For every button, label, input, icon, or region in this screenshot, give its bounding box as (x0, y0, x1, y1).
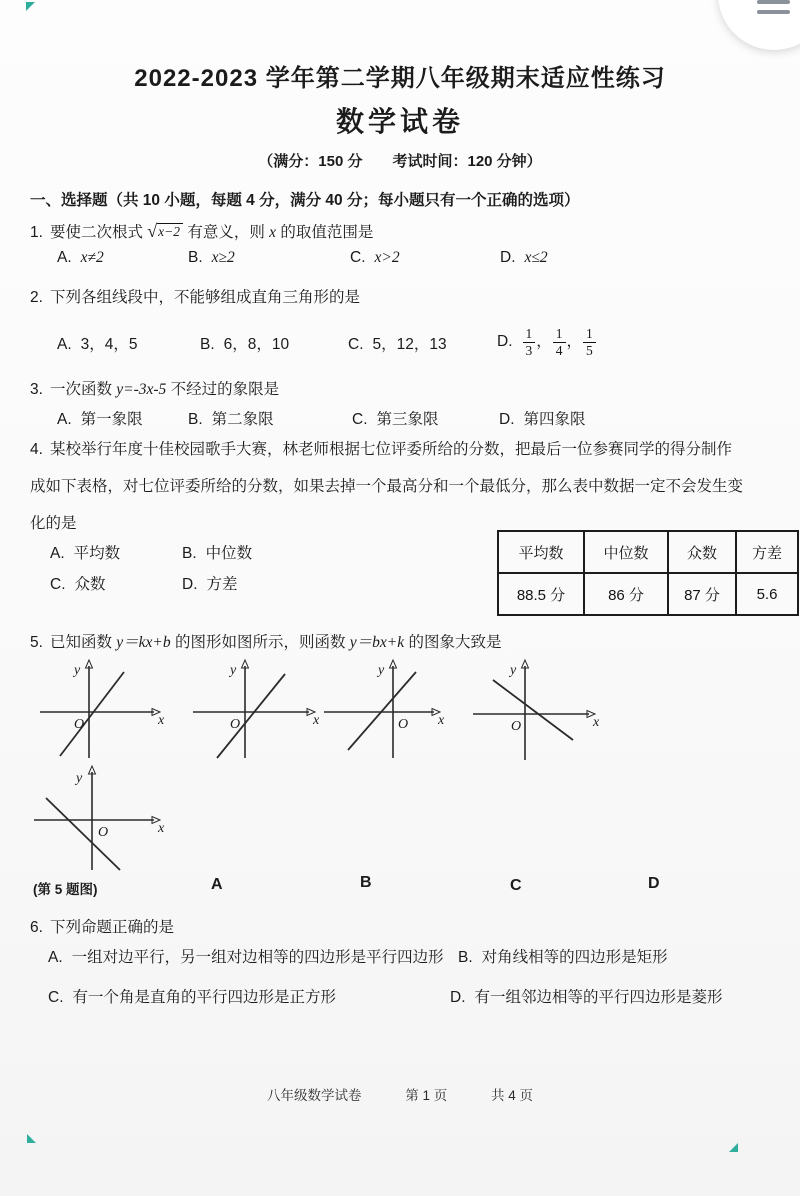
q3-option-b: B.第二象限 (188, 407, 274, 429)
x-axis-label: x (592, 715, 600, 730)
exam-title: 2022-2023 学年第二学期八年级期末适应性练习 (0, 58, 800, 93)
q6-option-b: B.对角线相等的四边形是矩形 (458, 945, 668, 967)
question-6-stem: 6.下列命题正确的是 (30, 915, 174, 937)
x-axis-label: x (437, 713, 445, 728)
y-axis-label: y (508, 663, 517, 678)
q5-option-letter-b: B (360, 874, 372, 892)
table-value-cell: 88.5 分 (498, 573, 584, 615)
q5-graph-option-d: y x O (465, 658, 600, 763)
q3-option-c: C.第三象限 (352, 407, 439, 429)
y-axis-label: y (228, 663, 237, 678)
table-header-cell: 方差 (736, 531, 798, 573)
origin-label: O (98, 825, 108, 840)
y-axis-label: y (72, 663, 81, 678)
question-4-stem-line1: 4.某校举行年度十佳校园歌手大赛，林老师根据七位评委所给的分数，把最后一位参赛同… (30, 437, 732, 459)
q3-option-a: A.第一象限 (57, 407, 143, 429)
scan-corner-mark (26, 2, 35, 11)
q5-given-figure: y x O (28, 762, 168, 874)
y-axis-label: y (74, 771, 83, 786)
q2-option-c: C.5，12，13 (348, 332, 447, 354)
scan-corner-mark (729, 1143, 738, 1152)
q5-option-letter-a: A (211, 876, 223, 894)
q2-option-a: A.3，4，5 (57, 332, 138, 354)
question-number: 2. (30, 289, 43, 306)
section-title: 一、选择题（共 10 小题，每题 4 分，满分 40 分；每小题只有一个正确的选… (30, 188, 579, 210)
exam-info-line: （满分：150 分 考试时间：120 分钟） (0, 150, 800, 171)
question-number: 3. (30, 381, 43, 398)
y-axis-label: y (376, 663, 385, 678)
fraction: 13 (523, 326, 536, 358)
fraction: 14 (553, 326, 566, 358)
sqrt-radical-icon: √ (147, 221, 157, 241)
q6-option-d: D.有一组邻边相等的平行四边形是菱形 (450, 985, 723, 1007)
table-header-row: 平均数 中位数 众数 方差 (498, 531, 798, 573)
q5-figure-caption: (第 5 题图) (33, 878, 98, 898)
question-number: 1. (30, 224, 43, 241)
question-2-stem: 2.下列各组线段中，不能够组成直角三角形的是 (30, 285, 360, 307)
q5-graph-option-a: y x O (32, 658, 167, 763)
hamburger-menu-icon[interactable] (757, 0, 790, 4)
table-header-cell: 众数 (668, 531, 736, 573)
q3-option-d: D.第四象限 (499, 407, 586, 429)
x-axis-label: x (157, 713, 165, 728)
q6-option-c: C.有一个角是直角的平行四边形是正方形 (48, 985, 336, 1007)
origin-label: O (230, 717, 240, 732)
table-value-cell: 86 分 (584, 573, 668, 615)
question-1-stem: 1.要使二次根式 √x−2 有意义，则 x 的取值范围是 (30, 220, 373, 242)
q5-graph-option-c: y x O (318, 658, 446, 763)
question-5-stem: 5.已知函数 y＝kx+b 的图形如图所示，则函数 y＝bx+k 的图象大致是 (30, 630, 501, 652)
q1-option-b: B.x≥2 (188, 249, 235, 267)
q4-option-c: C.众数 (50, 572, 106, 594)
question-4-stem-line3: 化的是 (30, 511, 77, 533)
q1-option-d: D.x≤2 (500, 249, 548, 267)
exam-page: 2022-2023 学年第二学期八年级期末适应性练习 数学试卷 （满分：150 … (0, 0, 800, 1196)
x-axis-label: x (157, 821, 165, 836)
question-number: 5. (30, 634, 43, 651)
question-number: 4. (30, 441, 43, 458)
origin-label: O (511, 719, 521, 734)
question-3-stem: 3.一次函数 y=-3x-5 不经过的象限是 (30, 377, 279, 399)
q5-option-letter-c: C (510, 877, 522, 895)
q2-option-d: D.13，14，15 (497, 326, 597, 358)
q5-option-letter-d: D (648, 875, 660, 893)
table-header-cell: 平均数 (498, 531, 584, 573)
sqrt-expression: √x−2 (147, 224, 183, 241)
table-header-cell: 中位数 (584, 531, 668, 573)
table-value-cell: 87 分 (668, 573, 736, 615)
page-footer: 八年级数学试卷 第 1 页 共 4 页 (0, 1084, 800, 1104)
table-value-row: 88.5 分 86 分 87 分 5.6 (498, 573, 798, 615)
q4-option-d: D.方差 (182, 572, 238, 594)
q6-option-a: A.一组对边平行，另一组对边相等的四边形是平行四边形 (48, 945, 444, 967)
menu-button[interactable] (718, 0, 800, 50)
fraction: 15 (583, 326, 596, 358)
hamburger-menu-icon[interactable] (757, 10, 790, 14)
footer-paper-name: 八年级数学试卷 (267, 1088, 362, 1103)
origin-label: O (74, 717, 84, 732)
question-4-stem-line2: 成如下表格，对七位评委所给的分数，如果去掉一个最高分和一个最低分，那么表中数据一… (30, 474, 743, 496)
q2-option-b: B.6，8，10 (200, 332, 289, 354)
q5-graph-option-b: y x O (185, 658, 320, 763)
origin-label: O (398, 717, 408, 732)
footer-total-pages: 共 4 页 (491, 1088, 533, 1103)
exam-subject-title: 数学试卷 (0, 100, 800, 140)
footer-page-number: 第 1 页 (405, 1088, 447, 1103)
q4-option-a: A.平均数 (50, 541, 120, 563)
question-number: 6. (30, 919, 43, 936)
q4-option-b: B.中位数 (182, 541, 252, 563)
scan-corner-mark (27, 1134, 36, 1143)
q1-option-a: A.x≠2 (57, 249, 104, 267)
table-value-cell: 5.6 (736, 573, 798, 615)
q4-score-table: 平均数 中位数 众数 方差 88.5 分 86 分 87 分 5.6 (497, 530, 799, 616)
q1-option-c: C.x>2 (350, 249, 400, 267)
